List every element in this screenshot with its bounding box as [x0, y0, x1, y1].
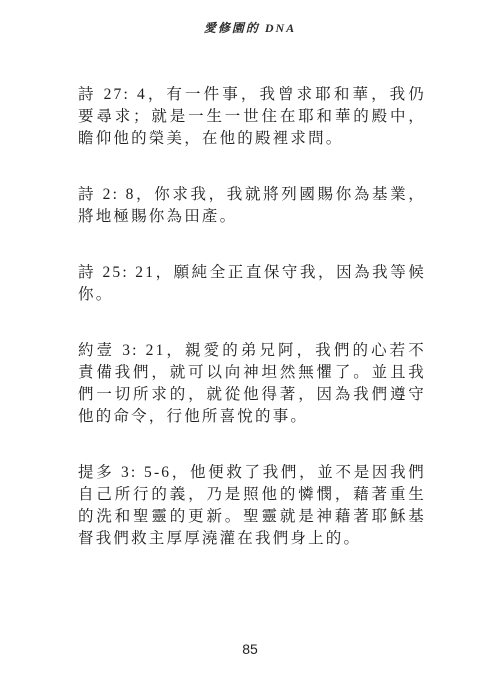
- page-content: 詩 27: 4，有一件事，我曾求耶和華，我仍要尋求；就是一生一世住在耶和華的殿中…: [78, 84, 426, 550]
- verse-paragraph: 詩 2: 8，你求我，我就將列國賜你為基業，將地極賜你為田產。: [78, 184, 426, 228]
- verse-paragraph: 詩 25: 21，願純全正直保守我，因為我等候你。: [78, 262, 426, 306]
- verse-paragraph: 約壹 3: 21，親愛的弟兄阿，我們的心若不責備我們，就可以向神坦然無懼了。並且…: [78, 340, 426, 428]
- running-header-title: 愛修園的 DNA: [0, 19, 500, 36]
- verse-paragraph: 提多 3: 5-6，他便救了我們，並不是因我們自己所行的義，乃是照他的憐憫，藉著…: [78, 462, 426, 550]
- page-number: 85: [0, 641, 500, 657]
- book-page: 愛修園的 DNA 詩 27: 4，有一件事，我曾求耶和華，我仍要尋求；就是一生一…: [0, 0, 500, 700]
- verse-paragraph: 詩 27: 4，有一件事，我曾求耶和華，我仍要尋求；就是一生一世住在耶和華的殿中…: [78, 84, 426, 150]
